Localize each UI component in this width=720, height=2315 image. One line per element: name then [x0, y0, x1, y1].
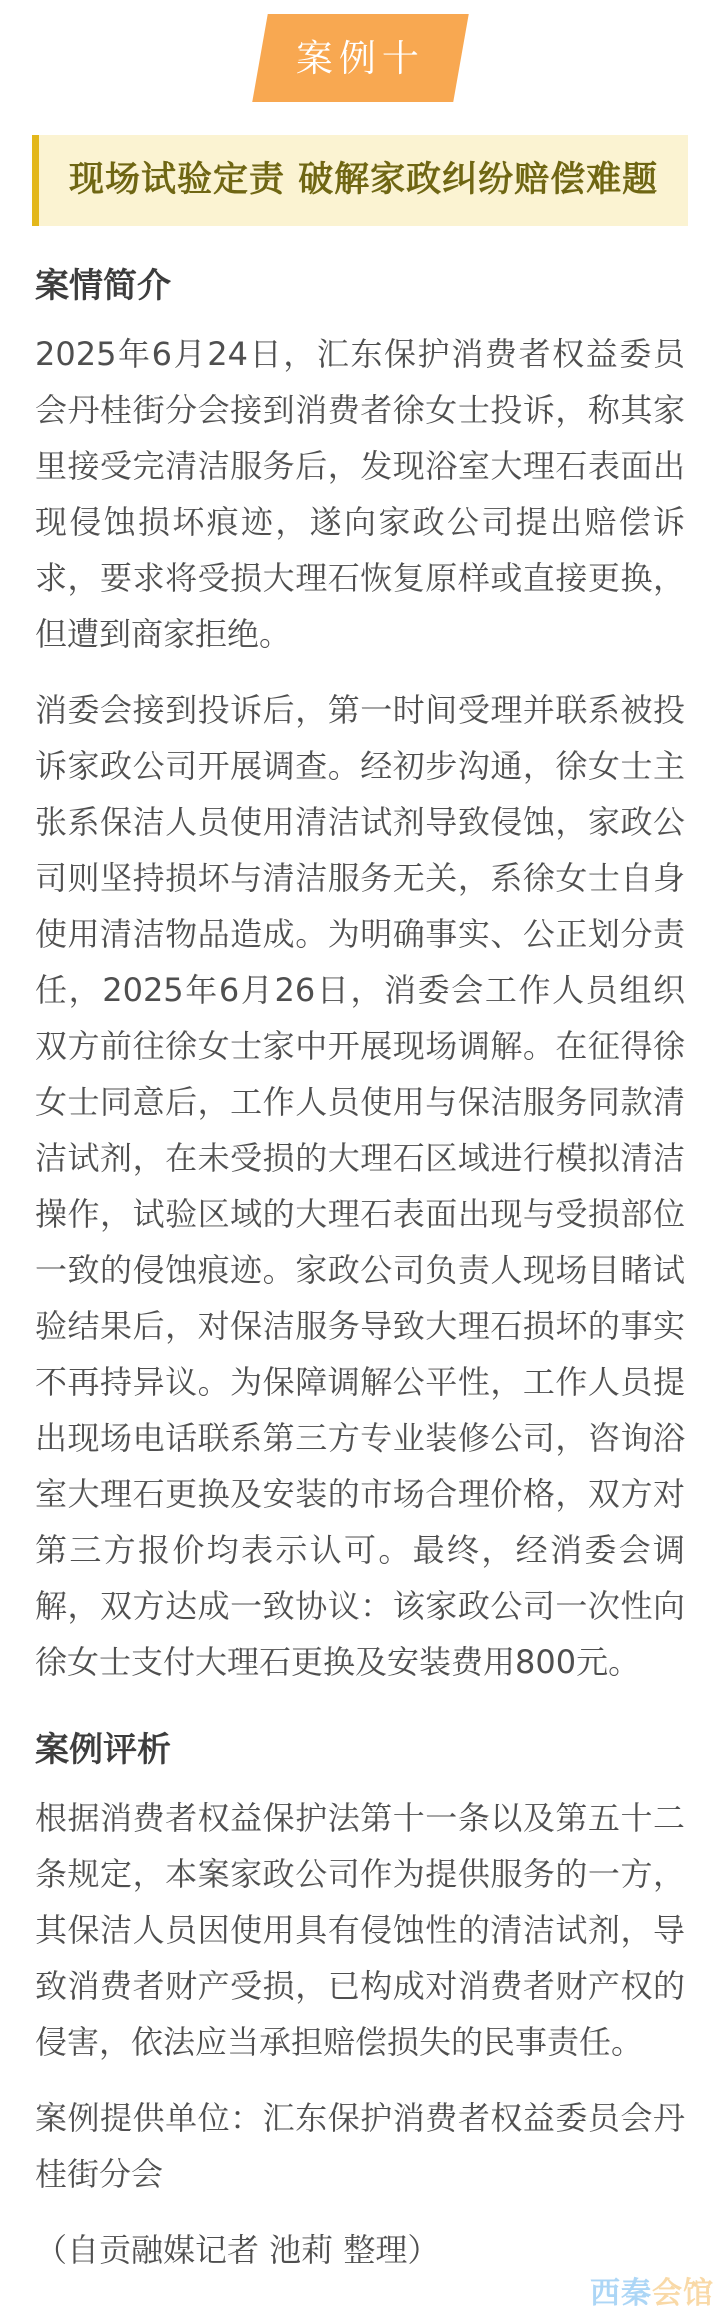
badge-row: 案例十: [0, 0, 720, 102]
article-title-banner: 现场试验定责 破解家政纠纷赔偿难题: [32, 135, 688, 226]
case-brief-paragraph-1: 2025年6月24日，汇东保护消费者权益委员会丹桂街分会接到消费者徐女士投诉，称…: [35, 326, 685, 662]
watermark-text-part2: 会馆: [652, 2276, 714, 2311]
provider-line: 案例提供单位：汇东保护消费者权益委员会丹桂街分会: [35, 2090, 685, 2202]
case-number-label: 案例十: [296, 40, 425, 77]
case-number-badge: 案例十: [252, 14, 469, 102]
watermark-logo: 西秦会馆: [590, 2279, 714, 2309]
watermark-text-part1: 西秦: [590, 2276, 652, 2311]
case-analysis-paragraph: 根据消费者权益保护法第十一条以及第五十二条规定，本案家政公司作为提供服务的一方，…: [35, 1790, 685, 2070]
byline: （自贡融媒记者 池莉 整理）: [35, 2222, 685, 2278]
section-heading-case-brief: 案情简介: [35, 266, 685, 306]
section-heading-case-analysis: 案例评析: [35, 1730, 685, 1770]
article-page: 案例十 现场试验定责 破解家政纠纷赔偿难题 案情简介 2025年6月24日，汇东…: [0, 0, 720, 2315]
article-title: 现场试验定责 破解家政纠纷赔偿难题: [69, 160, 658, 200]
article-body: 案情简介 2025年6月24日，汇东保护消费者权益委员会丹桂街分会接到消费者徐女…: [35, 266, 685, 2278]
case-brief-paragraph-2: 消委会接到投诉后，第一时间受理并联系被投诉家政公司开展调查。经初步沟通，徐女士主…: [35, 682, 685, 1690]
